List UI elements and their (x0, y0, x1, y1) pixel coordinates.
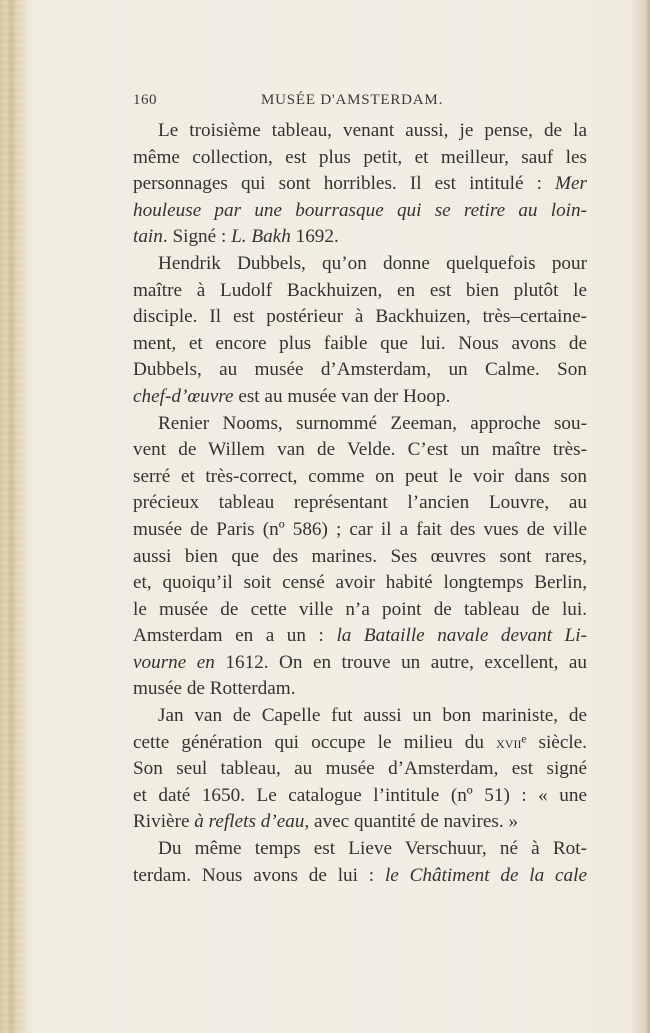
text-line: Amsterdam en a un : la Bataille navale d… (133, 623, 587, 650)
text-span: 1692. (291, 226, 339, 247)
page-number: 160 (133, 92, 157, 109)
italic-text: Mer (555, 173, 587, 194)
text-line: vourne en 1612. On en trouve un autre, e… (133, 650, 587, 677)
text-span: 1612. On en trouve un autre, excellent, … (215, 652, 587, 673)
text-line: vent de Willem van de Velde. C’est un ma… (133, 437, 587, 464)
text-line: précieux tableau représentant l’ancien L… (133, 490, 587, 517)
text-span: aussi bien que des marines. Ses œuvres s… (133, 546, 587, 567)
text-span: maître à Ludolf Backhuizen, en est bien … (133, 280, 587, 301)
paragraph: Jan van de Capelle fut aussi un bon mari… (133, 703, 587, 836)
text-span: même collection, est plus petit, et meil… (133, 147, 587, 168)
text-line: musée de Paris (nº 586) ; car il a fait … (133, 517, 587, 544)
text-line: et, quoiqu’il soit censé avoir habité lo… (133, 570, 587, 597)
italic-text: chef-d’œuvre (133, 386, 234, 407)
text-line: ment, et encore plus faible que lui. Nou… (133, 331, 587, 358)
text-span: est au musée van der Hoop. (234, 386, 451, 407)
text-line: tain. Signé : L. Bakh 1692. (133, 224, 587, 251)
paragraph: Du même temps est Lieve Verschuur, né à … (133, 836, 587, 889)
paragraph: Renier Nooms, surnommé Zeeman, approche … (133, 411, 587, 704)
paragraph: Hendrik Dubbels, qu’on donne quelquefois… (133, 251, 587, 411)
text-span: disciple. Il est postérieur à Backhuizen… (133, 306, 587, 327)
text-line: même collection, est plus petit, et meil… (133, 145, 587, 172)
text-span: Renier Nooms, surnommé Zeeman, approche … (158, 413, 587, 434)
text-span: Jan van de Capelle fut aussi un bon mari… (158, 705, 587, 726)
text-line: musée de Rotterdam. (133, 676, 587, 703)
text-line: Du même temps est Lieve Verschuur, né à … (133, 836, 587, 863)
text-span: ment, et encore plus faible que lui. Nou… (133, 333, 587, 354)
text-span: Rivière (133, 811, 194, 832)
text-line: Dubbels, au musée d’Amsterdam, un Calme.… (133, 357, 587, 384)
text-span: terdam. Nous avons de lui : (133, 865, 385, 886)
text-span: . Signé : (163, 226, 231, 247)
text-line: Rivière à reflets d’eau, avec quantité d… (133, 809, 587, 836)
text-span: vent de Willem van de Velde. C’est un ma… (133, 439, 587, 460)
text-line: Son seul tableau, au musée d’Amsterdam, … (133, 756, 587, 783)
text-line: et daté 1650. Le catalogue l’intitule (n… (133, 783, 587, 810)
italic-text: tain (133, 226, 163, 247)
text-span: personnages qui sont horribles. Il est i… (133, 173, 555, 194)
text-line: personnages qui sont horribles. Il est i… (133, 171, 587, 198)
text-span: Son seul tableau, au musée d’Amsterdam, … (133, 758, 587, 779)
text-span: Dubbels, au musée d’Amsterdam, un Calme.… (133, 359, 587, 380)
italic-text: L. Bakh (231, 226, 291, 247)
page-edge (0, 0, 26, 1033)
text-line: cette génération qui occupe le milieu du… (133, 730, 587, 757)
body-text: Le troisième tableau, venant aussi, je p… (133, 118, 587, 889)
text-span: le musée de cette ville n’a point de tab… (133, 599, 587, 620)
text-line: Le troisième tableau, venant aussi, je p… (133, 118, 587, 145)
text-span: Du même temps est Lieve Verschuur, né à … (158, 838, 587, 859)
text-span: avec quantité de navires. » (309, 811, 518, 832)
text-span: cette génération qui occupe le milieu du (133, 732, 496, 753)
text-line: chef-d’œuvre est au musée van der Hoop. (133, 384, 587, 411)
text-span: et daté 1650. Le catalogue l’intitule (n… (133, 785, 587, 806)
text-span: musée de Rotterdam. (133, 678, 296, 699)
text-span: ᵉ siècle. (521, 732, 587, 753)
text-line: serré et très-correct, comme on peut le … (133, 464, 587, 491)
text-span: musée de Paris (nº 586) ; car il a fait … (133, 519, 587, 540)
book-page: 160 MUSÉE D'AMSTERDAM. Le troisième tabl… (0, 0, 650, 1033)
italic-text: vourne en (133, 652, 215, 673)
text-line: aussi bien que des marines. Ses œuvres s… (133, 544, 587, 571)
running-head: 160 MUSÉE D'AMSTERDAM. (133, 92, 587, 114)
text-line: disciple. Il est postérieur à Backhuizen… (133, 304, 587, 331)
text-line: Jan van de Capelle fut aussi un bon mari… (133, 703, 587, 730)
text-line: le musée de cette ville n’a point de tab… (133, 597, 587, 624)
italic-text: le Châtiment de la cale (385, 865, 587, 886)
text-line: houleuse par une bourrasque qui se retir… (133, 198, 587, 225)
text-span: xvii (496, 733, 521, 752)
text-span: Hendrik Dubbels, qu’on donne quelquefois… (158, 253, 587, 274)
text-span: et, quoiqu’il soit censé avoir habité lo… (133, 572, 587, 593)
text-line: Hendrik Dubbels, qu’on donne quelquefois… (133, 251, 587, 278)
italic-text: la Bataille navale devant Li- (336, 625, 587, 646)
text-line: terdam. Nous avons de lui : le Châtiment… (133, 863, 587, 890)
text-span: précieux tableau représentant l’ancien L… (133, 492, 587, 513)
italic-text: à reflets d’eau, (194, 811, 309, 832)
running-title: MUSÉE D'AMSTERDAM. (261, 92, 443, 109)
text-span: serré et très-correct, comme on peut le … (133, 466, 587, 487)
text-line: Renier Nooms, surnommé Zeeman, approche … (133, 411, 587, 438)
paragraph: Le troisième tableau, venant aussi, je p… (133, 118, 587, 251)
text-line: maître à Ludolf Backhuizen, en est bien … (133, 278, 587, 305)
text-span: Le troisième tableau, venant aussi, je p… (158, 120, 587, 141)
italic-text: houleuse par une bourrasque qui se retir… (133, 200, 587, 221)
text-span: Amsterdam en a un : (133, 625, 336, 646)
